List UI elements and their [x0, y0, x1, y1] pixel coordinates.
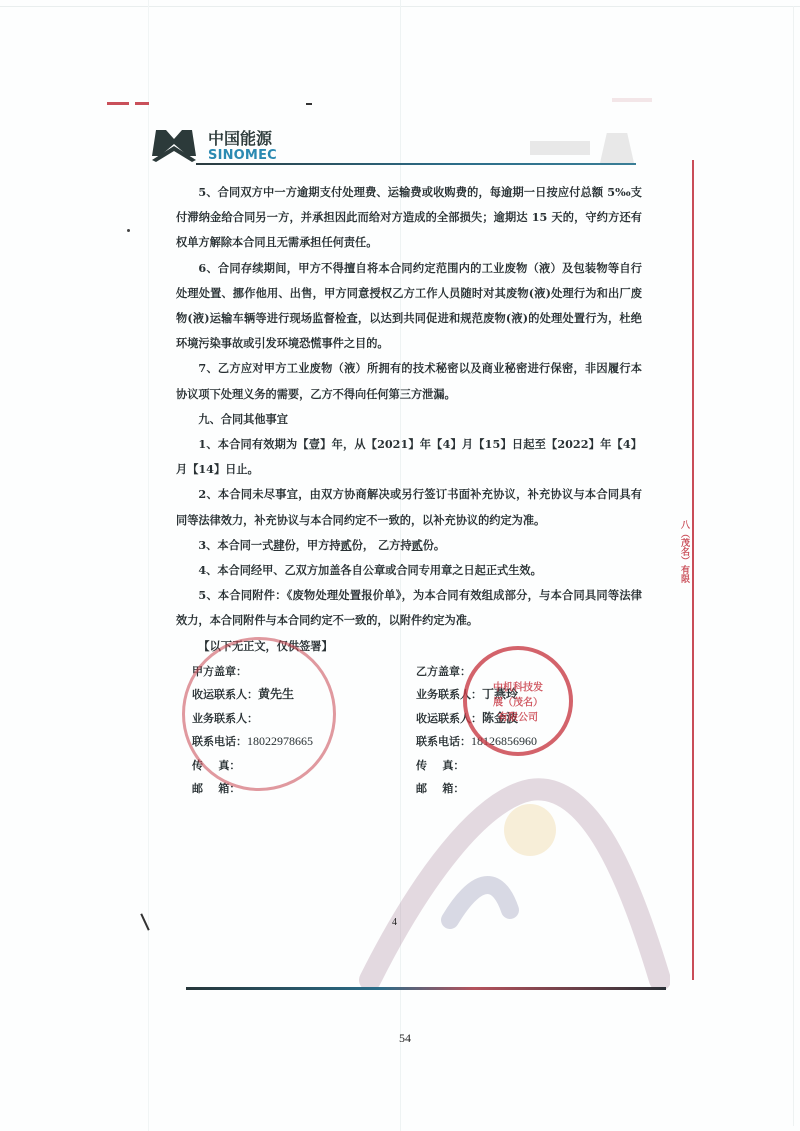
section-heading: 九、合同其他事宜	[176, 407, 642, 432]
footer-rule	[186, 987, 666, 990]
party-a-row: 传 真：	[192, 754, 412, 777]
party-a-signature: 甲方盖章： 收运联系人：黄先生 业务联系人： 联系电话：18022978665 …	[192, 660, 412, 800]
party-b-row: 业务联系人：丁燕玲	[416, 683, 636, 706]
page-edge	[793, 6, 794, 1126]
clause-paragraph: 5、合同双方中一方逾期支付处理费、运输费或收购费的，每逾期一日按应付总额 5‰支…	[176, 180, 642, 256]
scan-mark	[306, 103, 312, 105]
copies-text: 3、本合同一式	[198, 538, 273, 552]
clause-paragraph: 6、合同存续期间，甲方不得擅自将本合同约定范围内的工业废物（液）及包装物等自行处…	[176, 256, 642, 357]
party-b-row: 乙方盖章：	[416, 660, 636, 683]
term-paragraph: 1、本合同有效期为【壹】年，从【2021】年【4】月【15】日起至【2022】年…	[176, 432, 642, 482]
scan-fold-line	[148, 0, 149, 1131]
scan-mark	[135, 102, 149, 105]
bleed-through-logo	[530, 133, 634, 163]
copies-paragraph: 3、本合同一式肆份，甲方持贰份， 乙方持贰份。	[176, 533, 642, 558]
party-a-row: 甲方盖章：	[192, 660, 412, 683]
party-b-row: 收运联系人：陈金波	[416, 707, 636, 730]
party-b-row: 联系电话：18126856960	[416, 730, 636, 753]
copies-total: 肆	[273, 538, 284, 552]
logo-english-name: SINOMEC	[208, 149, 277, 162]
seam-seal-text: 八（茂名）有限	[675, 520, 691, 620]
party-a-row: 收运联系人：黄先生	[192, 683, 412, 706]
scan-mark	[612, 98, 652, 102]
logo-chinese-name: 中国能源	[208, 131, 277, 147]
party-b-row: 传 真：	[416, 754, 636, 777]
party-a-row: 邮 箱：	[192, 777, 412, 800]
party-b-phone: 18126856960	[471, 734, 537, 748]
copies-party-b: 贰	[412, 538, 423, 552]
outer-page-number: 54	[399, 1031, 411, 1046]
company-logo: 中国能源 SINOMEC	[152, 130, 277, 162]
contract-body: 5、合同双方中一方逾期支付处理费、运输费或收购费的，每逾期一日按应付总额 5‰支…	[176, 180, 642, 659]
party-a-row: 联系电话：18022978665	[192, 730, 412, 753]
seam-seal-line	[692, 160, 694, 980]
party-b-row: 邮 箱：	[416, 777, 636, 800]
party-b-signature: 乙方盖章： 业务联系人：丁燕玲 收运联系人：陈金波 联系电话：181268569…	[416, 660, 636, 800]
supplement-paragraph: 2、本合同未尽事宜，由双方协商解决或另行签订书面补充协议，补充协议与本合同具有同…	[176, 482, 642, 532]
party-a-phone: 18022978665	[247, 734, 313, 748]
scan-mark	[107, 102, 129, 105]
party-a-row: 业务联系人：	[192, 707, 412, 730]
copies-text: 份， 乙方持	[352, 538, 412, 552]
copies-text: 份。	[423, 538, 445, 552]
end-note: 【以下无正文，仅供签署】	[176, 634, 642, 659]
effective-paragraph: 4、本合同经甲、乙双方加盖各自公章或合同专用章之日起正式生效。	[176, 558, 642, 583]
header-rule	[196, 163, 636, 165]
inner-page-number: 4	[392, 917, 397, 928]
scan-mark	[127, 229, 130, 232]
attachment-paragraph: 5、本合同附件：《废物处理处置报价单》，为本合同有效组成部分，与本合同具同等法律…	[176, 583, 642, 633]
clause-paragraph: 7、乙方应对甲方工业废物（液）所拥有的技术秘密以及商业秘密进行保密，非因履行本协…	[176, 356, 642, 406]
copies-party-a: 贰	[340, 538, 351, 552]
mountain-logo-icon	[152, 130, 196, 162]
copies-text: 份，甲方持	[285, 538, 341, 552]
